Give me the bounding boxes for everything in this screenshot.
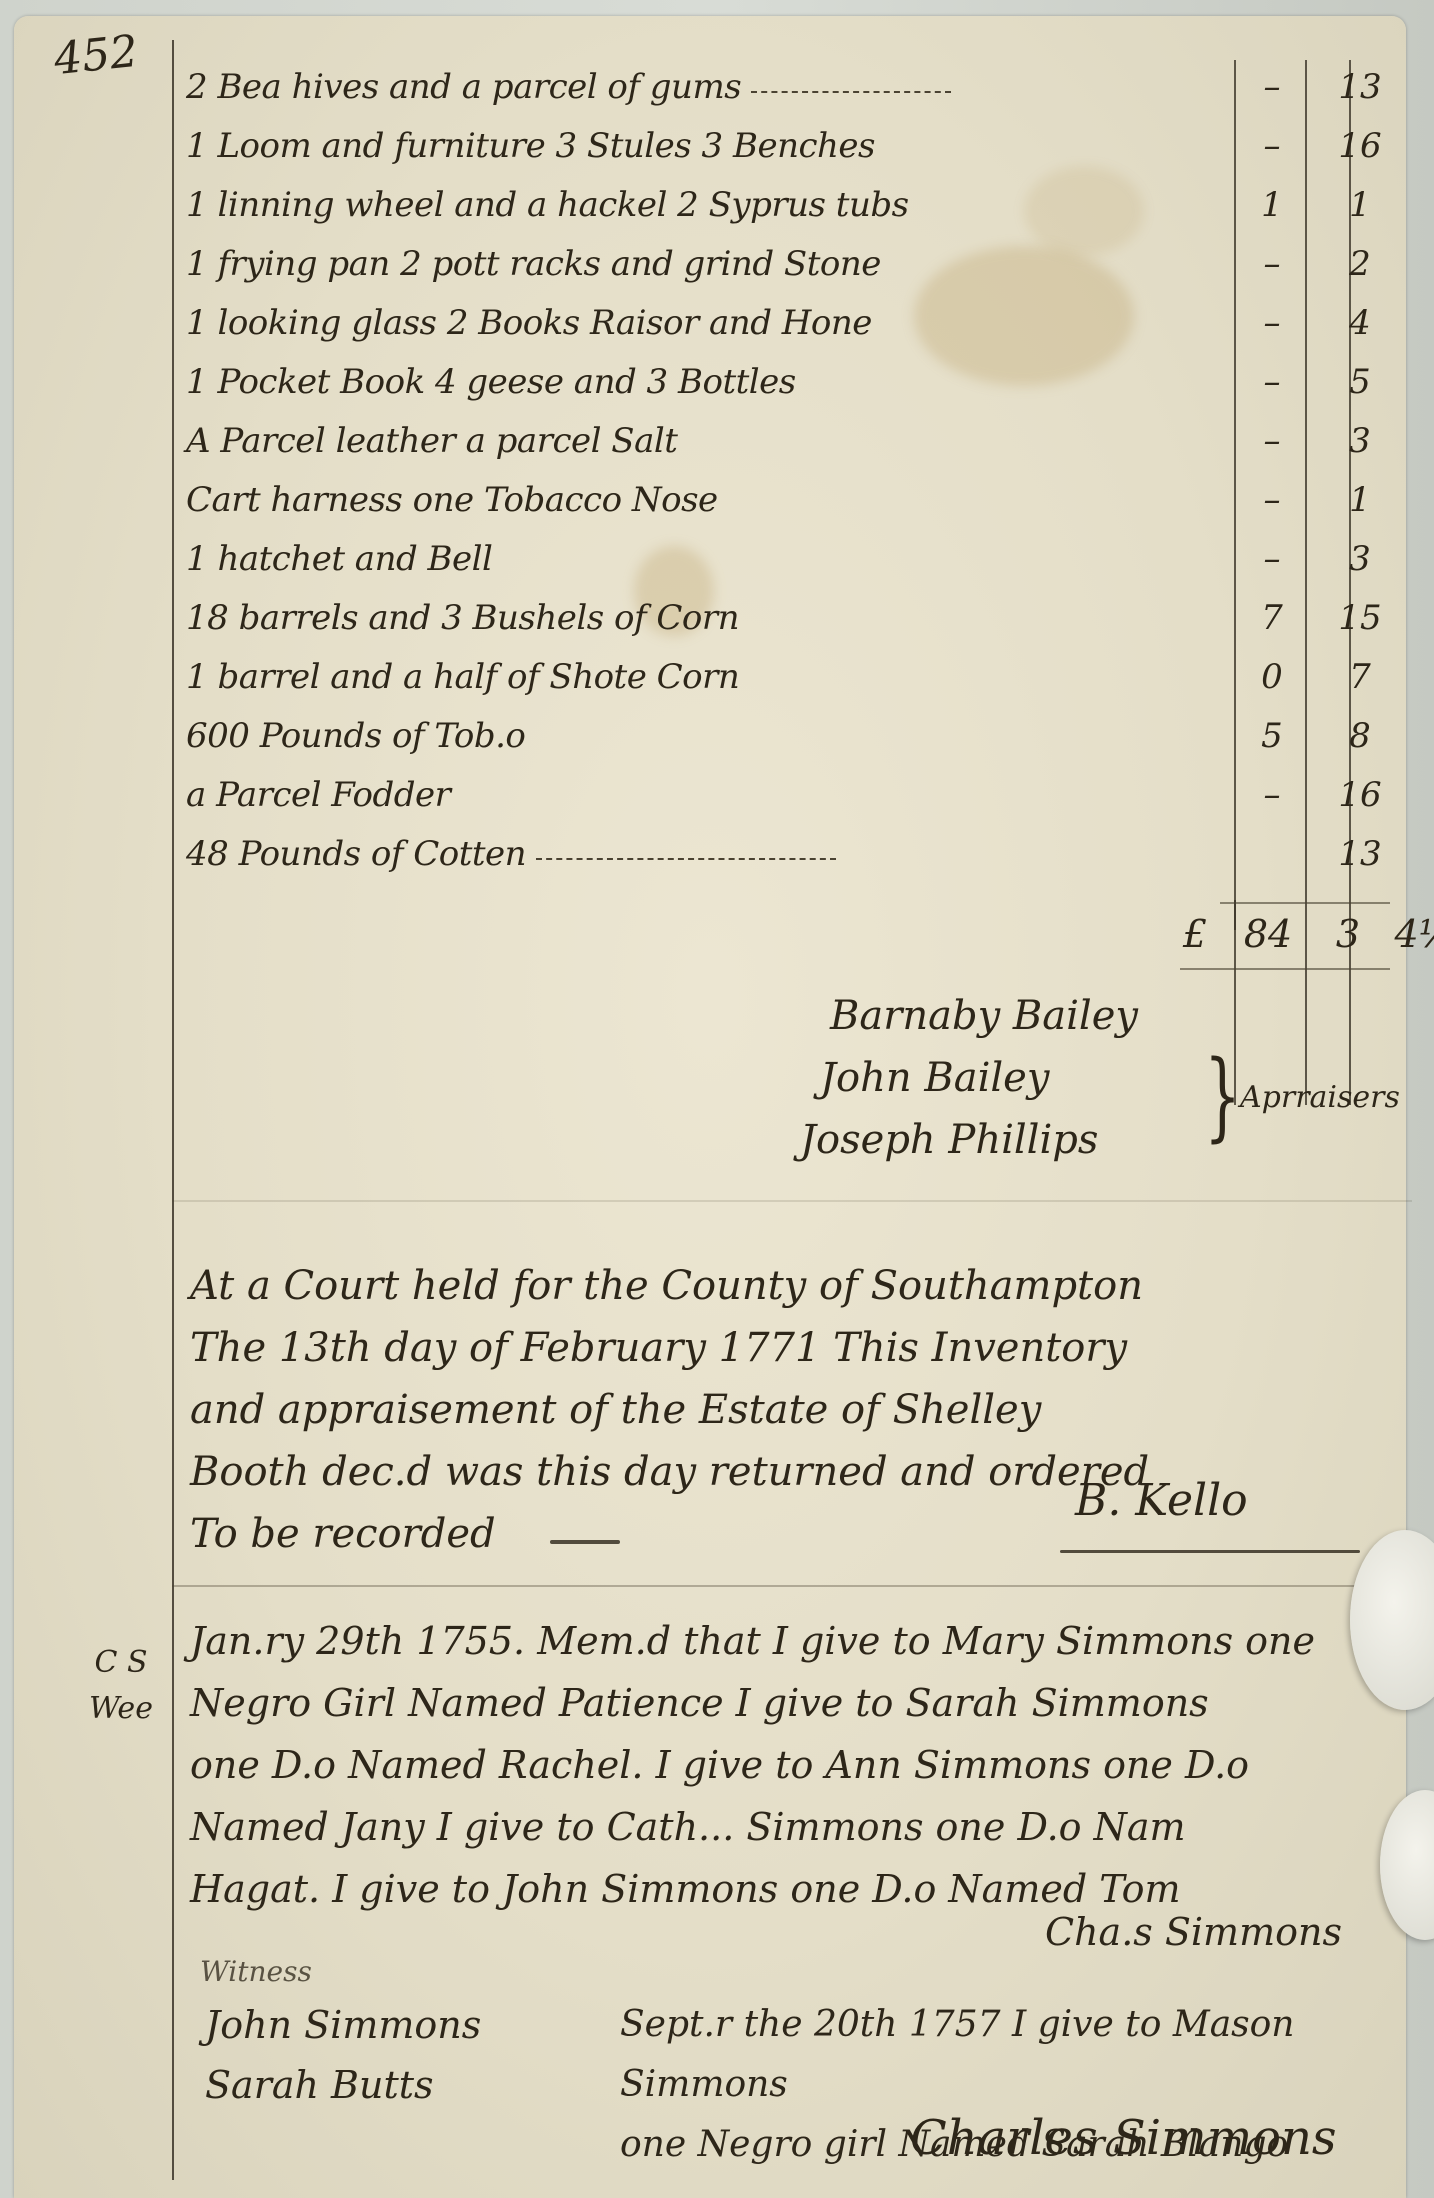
- amount-shillings: 7: [1314, 657, 1406, 697]
- appraiser-name: John Bailey: [820, 1047, 1138, 1109]
- brace-symbol: }: [1204, 1040, 1241, 1152]
- amount-pence: 2: [1406, 421, 1434, 461]
- item-description: 600 Pounds of Tob.o: [186, 716, 525, 756]
- inventory-item: A Parcel leather a parcel Salt: [186, 402, 1186, 461]
- amount-shillings: 16: [1314, 775, 1406, 815]
- item-amount: 116: [1230, 166, 1434, 225]
- margin-rule: [172, 40, 174, 2180]
- currency-symbol: £: [1160, 912, 1230, 956]
- item-amount: –32: [1230, 402, 1434, 461]
- amount-pounds: –: [1230, 480, 1314, 520]
- amount-pence: 1: [1406, 244, 1434, 284]
- item-amount: 136: [1230, 815, 1434, 874]
- inventory-item: 1 Pocket Book 4 geese and 3 Bottles: [186, 343, 1186, 402]
- item-amount: –39: [1230, 520, 1434, 579]
- amount-shillings: 3: [1314, 421, 1406, 461]
- item-description: 1 Pocket Book 4 geese and 3 Bottles: [186, 362, 796, 402]
- amount-shillings: 15: [1314, 598, 1406, 638]
- section-divider: [172, 1585, 1372, 1587]
- signature-flourish: [1060, 1550, 1360, 1553]
- amount-shillings: 1: [1314, 480, 1406, 520]
- addendum-line: Sept.r the 20th 1757 I give to Mason Sim…: [620, 1995, 1434, 2115]
- amount-shillings: 8: [1314, 716, 1406, 756]
- amount-shillings: 4: [1314, 303, 1406, 343]
- section-divider: [172, 1200, 1412, 1202]
- amount-pounds: 0: [1230, 657, 1314, 697]
- item-amount: –168: [1230, 756, 1434, 815]
- inventory-item: 1 frying pan 2 pott racks and grind Ston…: [186, 225, 1186, 284]
- item-description: 2 Bea hives and a parcel of gums: [186, 67, 741, 107]
- inventory-item: 1 linning wheel and a hackel 2 Syprus tu…: [186, 166, 1186, 225]
- amount-pence: 6: [1406, 834, 1434, 874]
- memorandum: Jan.ry 29th 1755. Mem.d that I give to M…: [190, 1610, 1390, 1920]
- item-description: 1 Loom and furniture 3 Stules 3 Benches: [186, 126, 875, 166]
- item-description: 48 Pounds of Cotten: [186, 834, 526, 874]
- total-underline: [1180, 968, 1390, 970]
- amount-columns: –136–164116–21–43–56–32–14–39715–076580–…: [1230, 48, 1434, 874]
- item-description: a Parcel Fodder: [186, 775, 450, 815]
- total-pence: 4½: [1390, 912, 1434, 956]
- amount-pounds: –: [1230, 421, 1314, 461]
- item-description: 1 frying pan 2 pott racks and grind Ston…: [186, 244, 881, 284]
- amount-pence: 0: [1406, 716, 1434, 756]
- item-description: 1 barrel and a half of Shote Corn: [186, 657, 739, 697]
- amount-shillings: 2: [1314, 244, 1406, 284]
- inventory-item: a Parcel Fodder: [186, 756, 1186, 815]
- appraisers-role-label: Aprraisers: [1240, 1080, 1400, 1115]
- total-rule: [1220, 902, 1390, 904]
- amount-pounds: –: [1230, 67, 1314, 107]
- memo-line: Named Jany I give to Cath... Simmons one…: [190, 1796, 1390, 1858]
- item-amount: –21: [1230, 225, 1434, 284]
- witness-list: John Simmons Sarah Butts: [205, 1995, 481, 2115]
- flourish-mark: [550, 1540, 620, 1544]
- item-description: 18 barrels and 3 Bushels of Corn: [186, 598, 739, 638]
- addendum-signature: Charles Simmons: [910, 2110, 1337, 2166]
- witness-name: John Simmons: [205, 1995, 481, 2055]
- amount-pence: 8: [1406, 775, 1434, 815]
- amount-shillings: 1: [1314, 185, 1406, 225]
- inventory-item: 1 Loom and furniture 3 Stules 3 Benches: [186, 107, 1186, 166]
- court-line: and appraisement of the Estate of Shelle…: [190, 1379, 1370, 1441]
- court-line: The 13th day of February 1771 This Inven…: [190, 1317, 1370, 1379]
- amount-pence: –: [1406, 598, 1434, 638]
- inventory-item: 600 Pounds of Tob.o: [186, 697, 1186, 756]
- total-shillings: 3: [1306, 912, 1390, 956]
- inventory-item: 1 barrel and a half of Shote Corn: [186, 638, 1186, 697]
- item-description: 1 linning wheel and a hackel 2 Syprus tu…: [186, 185, 909, 225]
- amount-shillings: 16: [1314, 126, 1406, 166]
- item-amount: –14: [1230, 461, 1434, 520]
- court-line: At a Court held for the County of Southa…: [190, 1255, 1370, 1317]
- item-description: A Parcel leather a parcel Salt: [186, 421, 677, 461]
- item-amount: 580: [1230, 697, 1434, 756]
- marginal-note-initials: C S: [76, 1640, 166, 1686]
- witness-name: Sarah Butts: [205, 2055, 481, 2115]
- memo-line: one D.o Named Rachel. I give to Ann Simm…: [190, 1734, 1390, 1796]
- dotted-leader: [751, 91, 951, 93]
- clerk-signature: B. Kello: [1075, 1475, 1248, 1526]
- amount-pence: 9: [1406, 539, 1434, 579]
- item-amount: –43: [1230, 284, 1434, 343]
- amount-pounds: 7: [1230, 598, 1314, 638]
- amount-pounds: 5: [1230, 716, 1314, 756]
- amount-pounds: –: [1230, 775, 1314, 815]
- amount-shillings: 13: [1314, 834, 1406, 874]
- marginal-note-text: Wee: [76, 1686, 166, 1732]
- item-description: 1 hatchet and Bell: [186, 539, 492, 579]
- dotted-leader: [536, 858, 836, 860]
- amount-pounds: –: [1230, 303, 1314, 343]
- appraiser-signatures: Barnaby Bailey John Bailey Joseph Philli…: [830, 985, 1138, 1171]
- total-pounds: 84: [1230, 912, 1306, 956]
- inventory-item: Cart harness one Tobacco Nose: [186, 461, 1186, 520]
- inventory-item: 48 Pounds of Cotten: [186, 815, 1186, 874]
- item-description: Cart harness one Tobacco Nose: [186, 480, 718, 520]
- item-amount: 715–: [1230, 579, 1434, 638]
- inventory-item: 1 looking glass 2 Books Raisor and Hone: [186, 284, 1186, 343]
- amount-pounds: –: [1230, 539, 1314, 579]
- amount-pence: 3: [1406, 303, 1434, 343]
- appraiser-name: Joseph Phillips: [800, 1109, 1138, 1171]
- memo-line: Negro Girl Named Patience I give to Sara…: [190, 1672, 1390, 1734]
- amount-pounds: –: [1230, 362, 1314, 402]
- item-description: 1 looking glass 2 Books Raisor and Hone: [186, 303, 872, 343]
- amount-pence: 4: [1406, 126, 1434, 166]
- amount-pence: 4: [1406, 480, 1434, 520]
- amount-shillings: 5: [1314, 362, 1406, 402]
- item-amount: –164: [1230, 107, 1434, 166]
- item-amount: 076: [1230, 638, 1434, 697]
- appraiser-name: Barnaby Bailey: [830, 985, 1138, 1047]
- witness-label: Witness: [200, 1955, 312, 1988]
- marginal-note: C S Wee: [76, 1640, 166, 1732]
- amount-pounds: –: [1230, 126, 1314, 166]
- memo-signature: Cha.s Simmons: [1045, 1910, 1342, 1954]
- inventory-item: 1 hatchet and Bell: [186, 520, 1186, 579]
- amount-pence: 6: [1406, 67, 1434, 107]
- memo-line: Jan.ry 29th 1755. Mem.d that I give to M…: [190, 1610, 1390, 1672]
- amount-shillings: 3: [1314, 539, 1406, 579]
- inventory-item: 18 barrels and 3 Bushels of Corn: [186, 579, 1186, 638]
- inventory-total: £ 84 3 4½: [1160, 912, 1434, 956]
- amount-pence: 6: [1406, 362, 1434, 402]
- inventory-list: 2 Bea hives and a parcel of gums1 Loom a…: [186, 48, 1186, 874]
- amount-pence: 6: [1406, 185, 1434, 225]
- page-number: 452: [52, 26, 141, 85]
- amount-pounds: –: [1230, 244, 1314, 284]
- amount-pence: 6: [1406, 657, 1434, 697]
- item-amount: –56: [1230, 343, 1434, 402]
- amount-pounds: 1: [1230, 185, 1314, 225]
- item-amount: –136: [1230, 48, 1434, 107]
- amount-shillings: 13: [1314, 67, 1406, 107]
- inventory-item: 2 Bea hives and a parcel of gums: [186, 48, 1186, 107]
